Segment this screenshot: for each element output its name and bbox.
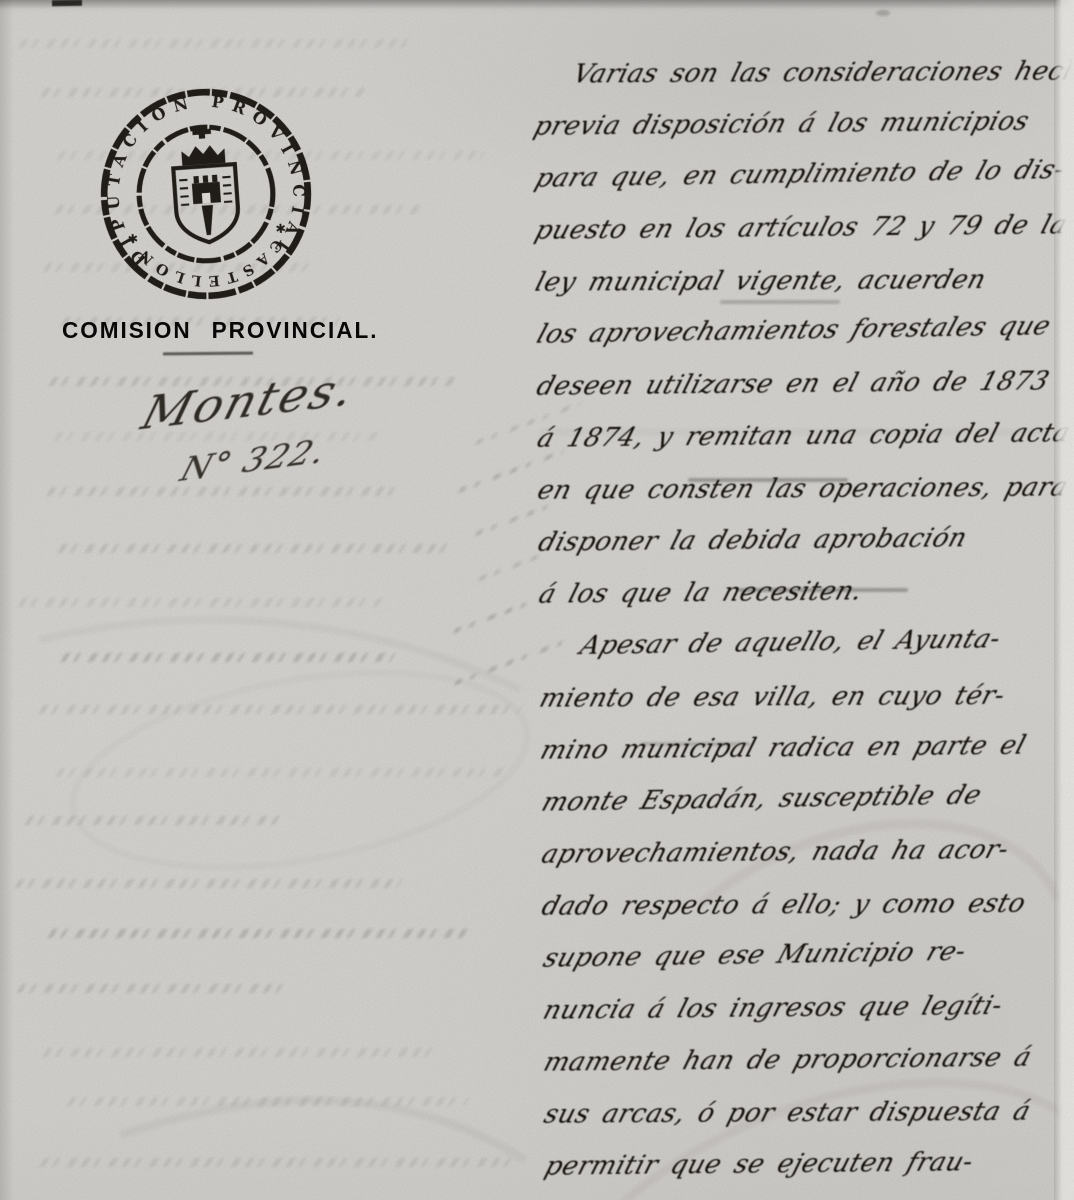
handwriting-line: para que, en cumplimiento de lo dis-	[528, 144, 1074, 205]
seal-castle	[191, 175, 223, 236]
handwriting-line: aprovechamientos, nada ha acor-	[535, 823, 1074, 881]
handwriting-line: monte Espadán, susceptible de	[534, 768, 1074, 829]
handwriting-line: en que consten las operaciones, para	[531, 461, 1074, 516]
handwriting-line: miento de esa villa, en cuyo tér-	[533, 669, 1074, 724]
handwriting-line: mamente han de proporcionarse á	[537, 1031, 1074, 1089]
handwriting-line: nuncia á los ingresos que legíti-	[536, 979, 1074, 1037]
handwriting-line: los aprovechamientos forestales que	[529, 300, 1074, 361]
handwriting-line: Apesar de aquello, el Ayunta-	[533, 612, 1074, 673]
letterhead-title: COMISION PROVINCIAL.	[62, 317, 378, 344]
handwriting-line: á los que la necesiten.	[532, 563, 1074, 621]
seal-star-right-icon: ✱	[275, 222, 286, 237]
handwriting-line: sus arcas, ó por estar dispuesta á	[537, 1085, 1074, 1140]
handwriting-line: Varias son las consideraciones hechas y	[527, 45, 1071, 100]
seal-star-left-icon: ✱	[127, 232, 138, 247]
scan-artifact-speck	[876, 10, 890, 16]
handwriting-line: supone que ese Municipio re-	[536, 924, 1074, 985]
handwriting-line: á 1874, y remitan una copia del acta	[530, 407, 1074, 465]
handwriting-line: permitir que se ejecuten frau-	[538, 1135, 1074, 1193]
provincial-seal: DIPUTACION PROVINCIAL CASTELLON ✱ ✱	[91, 79, 322, 310]
handwriting-line: deseen utilizarse en el año de 1873	[530, 355, 1074, 413]
handwriting-line: previa disposición á los municipios	[527, 95, 1072, 153]
page-edge-right	[1054, 0, 1074, 1200]
scan-artifact-nick	[52, 0, 82, 6]
handwriting-line: disponer la debida aprobación	[531, 511, 1074, 569]
letter-body: Varias son las consideraciones hechas yp…	[526, 43, 1068, 1192]
handwriting-line: puesto en los artículos 72 y 79 de la	[528, 199, 1073, 257]
scan-edge-left	[0, 0, 14, 1200]
handwriting-line: mino municipal radica en parte el	[534, 719, 1074, 777]
scanned-document-page: DIPUTACION PROVINCIAL CASTELLON ✱ ✱	[0, 0, 1074, 1200]
scan-edge-top	[0, 0, 1074, 9]
